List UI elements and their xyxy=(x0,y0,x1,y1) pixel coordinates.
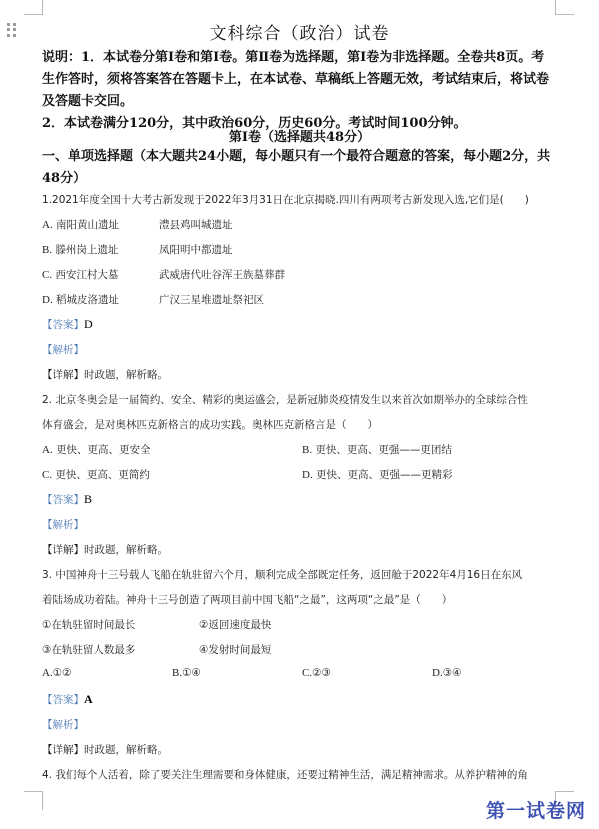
question-2-answer: 【答案】B xyxy=(42,492,92,507)
question-2-option-d: D. 更快、更高、更强——更精彩 xyxy=(302,467,453,482)
question-1-option-b-col2: 凤阳明中都遗址 xyxy=(159,242,233,257)
question-3-answer: 【答案】A xyxy=(42,692,93,707)
page-title: 文科综合（政治）试卷 xyxy=(42,19,557,44)
crop-mark-bottom-left xyxy=(24,791,43,810)
question-3-item-3: ③在轨驻留人数最多 xyxy=(42,642,135,657)
question-4-stem-line1: 4. 我们每个人活着，除了要关注生理需要和身体健康，还要过精神生活，满足精神需求… xyxy=(42,767,528,782)
crop-mark-top-left xyxy=(24,0,43,15)
question-1-option-b: B. 滕州岗上遗址 xyxy=(42,242,118,257)
question-3-item-1: ①在轨驻留时间最长 xyxy=(42,617,135,632)
drag-handle-icon[interactable] xyxy=(7,23,17,37)
question-3-option-a: A.①② xyxy=(42,667,72,679)
section-subtitle: 一、单项选择题（本大题共24小题，每小题只有一个最符合题意的答案，每小题2分，共… xyxy=(42,146,557,190)
question-3-item-2: ②返回速度最快 xyxy=(199,617,271,632)
question-3-stem-line2: 着陆场成功着陆。神舟十三号创造了两项目前中国飞船“之最”，这两项“之最”是（ ） xyxy=(42,592,452,607)
question-3-item-4: ④发射时间最短 xyxy=(199,642,271,657)
question-1-option-d: D. 稻城皮洛遗址 xyxy=(42,292,119,307)
question-1-analysis: 【解析】 xyxy=(42,342,84,357)
watermark-logo: 第一试卷网 xyxy=(486,796,586,823)
question-2-option-c: C. 更快、更高、更简约 xyxy=(42,467,150,482)
question-3-option-c: C.②③ xyxy=(302,667,331,679)
question-3-detail: 【详解】时政题，解析略。 xyxy=(42,742,168,757)
question-1-option-a-col2: 澧县鸡叫城遗址 xyxy=(159,217,233,232)
question-3-stem-line1: 3. 中国神舟十三号载人飞船在轨驻留六个月，顺利完成全部既定任务，返回舱于202… xyxy=(42,567,522,582)
question-2-detail: 【详解】时政题，解析略。 xyxy=(42,542,168,557)
crop-mark-top-right xyxy=(555,0,574,15)
question-2-option-b: B. 更快、更高、更强——更团结 xyxy=(302,442,452,457)
question-1-option-c-col2: 武威唐代吐谷浑王族墓葬群 xyxy=(159,267,285,282)
question-3-option-b: B.①④ xyxy=(172,667,201,679)
section-title: 第Ⅰ卷（选择题共48分） xyxy=(42,126,557,145)
instructions: 说明：1．本试卷分第Ⅰ卷和第Ⅰ卷。第Ⅱ卷为选择题，第Ⅰ卷为非选择题。全卷共8页。… xyxy=(42,47,557,135)
question-2-option-a: A. 更快、更高、更安全 xyxy=(42,442,151,457)
question-2-stem-line1: 2. 北京冬奥会是一届简约、安全、精彩的奥运盛会，是新冠肺炎疫情发生以来首次如期… xyxy=(42,392,528,407)
question-1-option-a: A. 南阳黄山遗址 xyxy=(42,217,119,232)
question-2-analysis: 【解析】 xyxy=(42,517,84,532)
question-1-option-d-col2: 广汉三星堆遗址祭祀区 xyxy=(159,292,264,307)
instruction-1: 说明：1．本试卷分第Ⅰ卷和第Ⅰ卷。第Ⅱ卷为选择题，第Ⅰ卷为非选择题。全卷共8页。… xyxy=(42,47,557,113)
question-2-stem-line2: 体育盛会，是对奥林匹克新格言的成功实践。奥林匹克新格言是（ ） xyxy=(42,417,378,432)
question-1-detail: 【详解】时政题，解析略。 xyxy=(42,367,168,382)
question-3-option-d: D.③④ xyxy=(432,667,462,679)
question-1-stem: 1.2021年度全国十大考古新发现于2022年3月31日在北京揭晓.四川有两项考… xyxy=(42,192,529,207)
question-1-option-c: C. 西安江村大墓 xyxy=(42,267,118,282)
question-1-answer: 【答案】D xyxy=(42,317,93,332)
question-3-analysis: 【解析】 xyxy=(42,717,84,732)
